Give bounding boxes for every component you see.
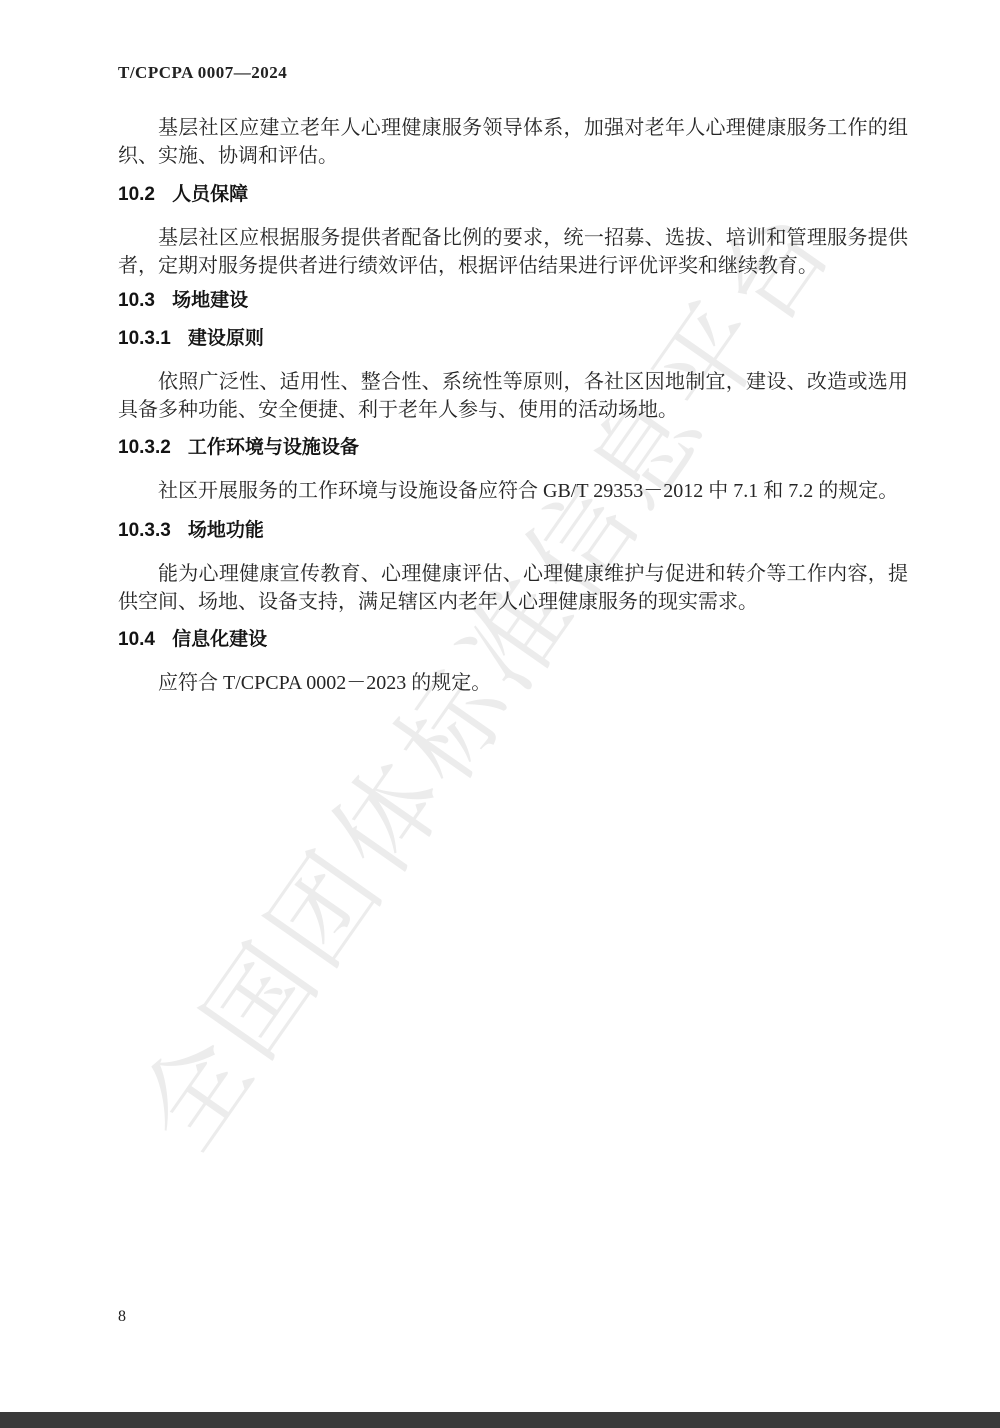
section-title: 信息化建设 bbox=[172, 629, 267, 650]
section-title: 场地功能 bbox=[188, 520, 264, 541]
section-number: 10.3.3 bbox=[118, 520, 171, 541]
section-heading-10-3-3: 10.3.3场地功能 bbox=[118, 520, 908, 542]
document-page: 全国团体标准信息平台 T/CPCPA 0007—2024 基层社区应建立老年人心… bbox=[0, 0, 1000, 1428]
section-paragraph-10-3-1: 依照广泛性、适用性、整合性、系统性等原则，各社区因地制宜，建设、改造或选用具备多… bbox=[118, 368, 908, 424]
section-paragraph-10-4: 应符合 T/CPCPA 0002－2023 的规定。 bbox=[118, 669, 908, 697]
section-title: 建设原则 bbox=[188, 328, 264, 349]
section-title: 工作环境与设施设备 bbox=[188, 437, 359, 458]
section-paragraph-10-2: 基层社区应根据服务提供者配备比例的要求，统一招募、选拔、培训和管理服务提供者，定… bbox=[118, 224, 908, 280]
document-content: T/CPCPA 0007—2024 基层社区应建立老年人心理健康服务领导体系，加… bbox=[118, 62, 908, 697]
intro-paragraph: 基层社区应建立老年人心理健康服务领导体系，加强对老年人心理健康服务工作的组织、实… bbox=[118, 114, 908, 170]
page-number: 8 bbox=[118, 1308, 126, 1326]
section-heading-10-3-1: 10.3.1建设原则 bbox=[118, 328, 908, 350]
section-title: 场地建设 bbox=[172, 290, 248, 311]
standard-number-header: T/CPCPA 0007—2024 bbox=[118, 62, 908, 84]
section-heading-10-2: 10.2人员保障 bbox=[118, 184, 908, 206]
section-heading-10-4: 10.4信息化建设 bbox=[118, 629, 908, 651]
section-number: 10.2 bbox=[118, 184, 155, 205]
section-number: 10.3.2 bbox=[118, 437, 171, 458]
section-title: 人员保障 bbox=[172, 184, 248, 205]
scan-edge-bar bbox=[0, 1412, 1000, 1428]
section-heading-10-3-2: 10.3.2工作环境与设施设备 bbox=[118, 437, 908, 459]
section-number: 10.3 bbox=[118, 290, 155, 311]
section-paragraph-10-3-2: 社区开展服务的工作环境与设施设备应符合 GB/T 29353－2012 中 7.… bbox=[118, 477, 908, 505]
section-heading-10-3: 10.3场地建设 bbox=[118, 290, 908, 312]
section-number: 10.4 bbox=[118, 629, 155, 650]
section-paragraph-10-3-3: 能为心理健康宣传教育、心理健康评估、心理健康维护与促进和转介等工作内容，提供空间… bbox=[118, 560, 908, 616]
section-number: 10.3.1 bbox=[118, 328, 171, 349]
